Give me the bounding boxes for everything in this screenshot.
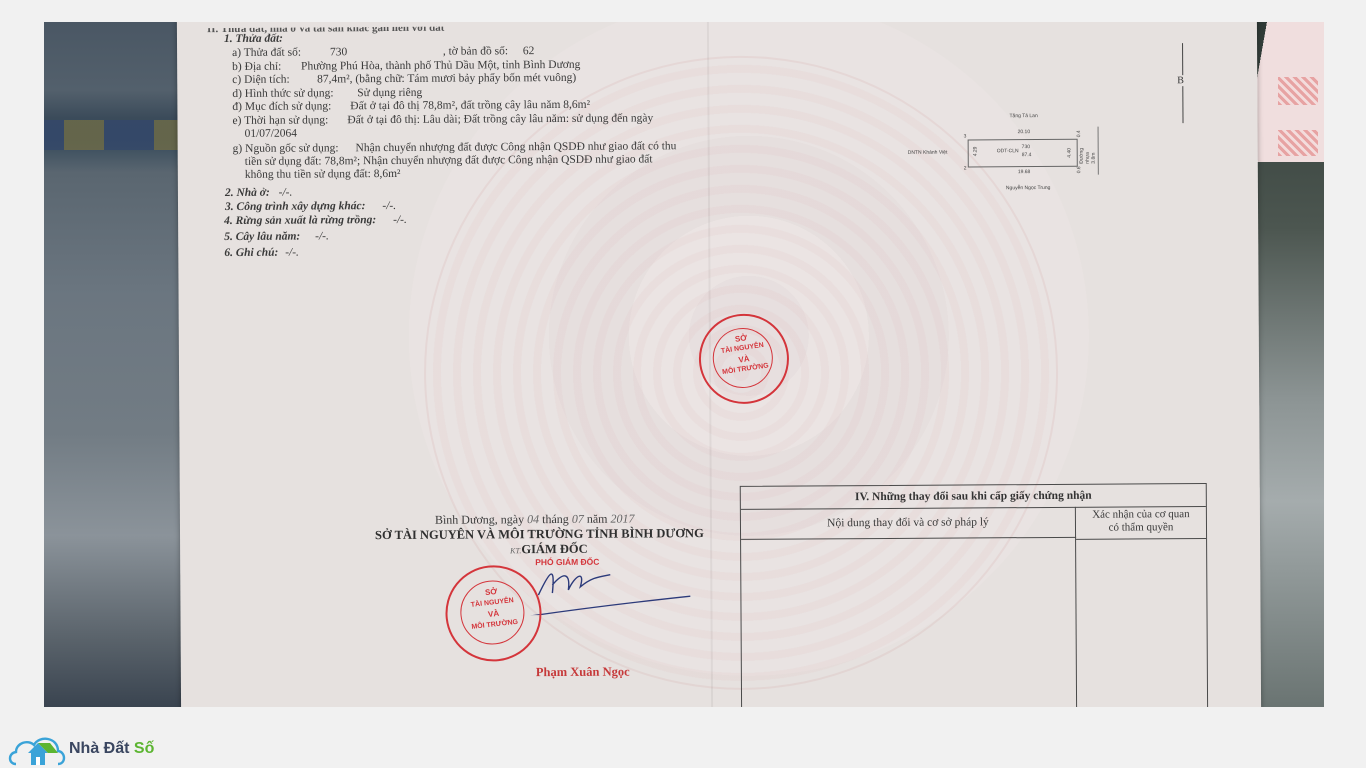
area: 87,4m², (bằng chữ: Tám mươi bảy phẩy bốn… <box>317 72 576 86</box>
map-parcel-number: 730 <box>1022 144 1030 150</box>
usage-form: Sử dụng riêng <box>357 87 422 99</box>
road-label: Đường nhựa 3.8m <box>1079 144 1097 164</box>
changes-column-confirmation: Xác nhận của cơ quan có thẩm quyền <box>1076 506 1206 540</box>
changes-column-content: Nội dung thay đổi và cơ sở pháp lý <box>741 507 1076 540</box>
usage-term-date: 01/07/2064 <box>245 128 297 142</box>
item-house: 2. Nhà ở: -/-. <box>225 187 293 201</box>
usage-purpose-row: đ) Mục đích sử dụng: Đất ở tại đô thị 78… <box>232 99 590 115</box>
brand-name: Nhà Đất Số <box>69 740 154 758</box>
signer-role: KT.GIÁM ĐỐC <box>510 542 588 557</box>
land-use-certificate: II. Thửa đất, nhà ở và tài sản khác gắn … <box>177 22 1261 707</box>
handwritten-signature <box>530 564 690 615</box>
place-date: Bình Dương, ngày 04 tháng 07 năm 2017 <box>435 512 635 528</box>
plot-map: Tăng Tá Lan 20.10 DNTN Khánh Việt 3 2 OD… <box>907 109 1098 200</box>
area-row: c) Diện tích: 87,4m², (bằng chữ: Tám mươ… <box>232 72 576 88</box>
left-neighbor: DNTN Khánh Việt <box>908 150 948 156</box>
signer-name: Phạm Xuân Ngọc <box>536 665 630 681</box>
nhadatso-logo: Nhà Đất Số <box>6 731 154 767</box>
origin-line-1: Nhận chuyển nhượng đất được Công nhận QS… <box>356 140 677 154</box>
map-sheet-number: 62 <box>523 45 535 57</box>
north-arrow: B <box>1177 43 1190 133</box>
usage-term: Đất ở tại đô thị: Lâu dài; Đất trồng cây… <box>347 112 653 126</box>
changes-table: IV. Những thay đổi sau khi cấp giấy chứn… <box>740 483 1208 707</box>
parcel-outline: ODT-CLN 730 87.4 4.29 4.40 <box>968 139 1078 168</box>
address: Phường Phú Hòa, thành phố Thủ Dầu Một, t… <box>301 59 580 73</box>
origin-line-3: không thu tiền sử dụng đất: 8,6m² <box>245 168 401 182</box>
item-perennial-trees: 5. Cây lâu năm: -/-. <box>224 230 329 244</box>
item-planted-forest: 4. Rừng sản xuất là rừng trồng: -/-. <box>224 214 407 229</box>
cloud-house-icon <box>6 731 66 767</box>
issuing-agency: SỞ TÀI NGUYÊN VÀ MÔI TRƯỜNG TỈNH BÌNH DƯ… <box>375 526 704 543</box>
top-neighbor: Tăng Tá Lan <box>1009 113 1037 119</box>
certificate-stack <box>1249 22 1324 162</box>
item-other-construction: 3. Công trình xây dựng khác: -/-. <box>225 200 396 214</box>
parcel-number-row: a) Thửa đất số: 730 , tờ bản đồ số: 62 <box>232 45 534 60</box>
map-area: 87.4 <box>1022 152 1032 158</box>
top-length: 20.10 <box>1018 129 1031 135</box>
usage-term-row: e) Thời hạn sử dụng: Đất ở tại đô thị: L… <box>232 112 653 128</box>
bottom-neighbor: Nguyễn Ngọc Trung <box>1006 185 1051 191</box>
bottom-length: 19.68 <box>1018 169 1031 175</box>
certificate-photo: II. Thửa đất, nhà ở và tài sản khác gắn … <box>44 22 1324 707</box>
parcel-heading: 1. Thửa đất: <box>224 33 283 47</box>
land-code: ODT-CLN <box>997 148 1019 154</box>
registry-number: Số vào sổ cấp GCN: CS10564 <box>221 706 373 707</box>
usage-purpose: Đất ở tại đô thị 78,8m², đất trồng cây l… <box>350 99 590 112</box>
registry-value: CS10564 <box>330 706 374 707</box>
background-left <box>44 22 194 707</box>
origin-line-2: tiền sử dụng đất: 78,8m²; Nhận chuyển nh… <box>245 153 653 169</box>
item-notes: 6. Ghi chú: -/-. <box>224 247 299 261</box>
parcel-number: 730 <box>330 46 440 60</box>
